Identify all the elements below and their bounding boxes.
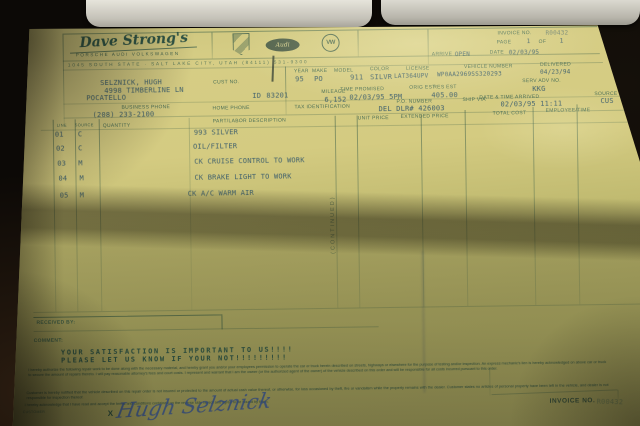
line-item-source: M — [80, 191, 85, 199]
color-label: COLOR — [370, 66, 389, 72]
delivered-label: DELIVERED — [540, 61, 571, 67]
tax-id-label: TAX IDENTIFICATION — [294, 104, 350, 111]
form-line — [427, 29, 428, 64]
total-cost-col-header: TOTAL COST — [493, 110, 527, 116]
page-label: PAGE — [497, 39, 512, 45]
vehicle-number-value: WP0AA2969SS320293 — [437, 70, 502, 78]
description-col-header: PART/LABOR DESCRIPTION — [213, 117, 286, 124]
page-value: 1 — [527, 38, 531, 45]
line-item-source: M — [78, 159, 83, 167]
employee-time-col-header: EMPLOYEE/TIME — [546, 107, 591, 114]
invoice-no-value-bottom: R00432 — [597, 398, 624, 407]
line-item-source: C — [78, 144, 83, 152]
form-line — [533, 107, 537, 305]
orig-est-label: ORIG EST — [409, 84, 435, 90]
line-item-number: 03 — [57, 160, 66, 168]
form-line — [189, 118, 193, 310]
couch-cushion-left — [86, 0, 372, 27]
comment-label: COMMENT: — [34, 338, 63, 344]
signature-x-label: X — [108, 409, 113, 418]
model-value: 911 — [350, 73, 363, 81]
customer-signature-label: CUSTOMER — [23, 410, 45, 414]
year-label: YEAR — [294, 68, 309, 74]
line-item-source: M — [79, 174, 84, 182]
line-item-number: 04 — [58, 175, 67, 183]
line-item-description: 993 SILVER — [194, 128, 238, 137]
unit-price-col-header: UNIT PRICE — [358, 115, 389, 121]
photo-scene: Dave Strong's PORSCHE AUDI VOLKSWAGEN Au… — [0, 0, 640, 426]
vehicle-number-label: VEHICLE NUMBER — [464, 63, 513, 70]
make-label: MAKE — [312, 68, 327, 74]
received-by-label: RECEIVED BY: — [36, 319, 75, 326]
legal-paragraph-2: Customer is hereby notified that the veh… — [26, 383, 608, 401]
line-item-description: CK CRUISE CONTROL TO WORK — [194, 156, 304, 166]
form-line — [577, 104, 581, 304]
invoice-no-label-bottom: INVOICE NO. — [550, 397, 596, 405]
line-item-source: C — [78, 130, 83, 138]
line-item-description: CK BRAKE LIGHT TO WORK — [194, 172, 291, 181]
audi-oval-icon: Audi — [266, 38, 300, 51]
couch-cushion-right — [381, 0, 640, 25]
quantity-col-header: QUANTITY — [103, 123, 131, 129]
form-line — [465, 110, 469, 306]
customer-state: ID — [252, 92, 261, 100]
vw-roundel-icon: VW — [321, 34, 339, 52]
make-value: PO — [314, 75, 323, 83]
invoice-no-value-top: R00432 — [545, 30, 568, 37]
serv-adv-label: SERV ADV NO. — [522, 78, 561, 85]
page-of-value: 1 — [560, 38, 564, 45]
extended-price-col-header: EXTENDED PRICE — [401, 113, 449, 120]
form-line — [99, 119, 103, 311]
of-label: OF — [539, 39, 547, 45]
time-promised-label: TIME PROMISED — [340, 86, 384, 93]
line-item-number: 05 — [60, 192, 69, 200]
pen-stroke-mark — [271, 56, 274, 82]
source-col-header: SOURCE — [75, 122, 94, 127]
delivered-value: 04/23/94 — [540, 69, 571, 76]
form-line — [62, 35, 64, 125]
line-item-number: 02 — [56, 145, 65, 153]
license-label: LICENSE — [406, 65, 430, 71]
invoice-content: Dave Strong's PORSCHE AUDI VOLKSWAGEN Au… — [0, 0, 640, 426]
year-value: 95 — [295, 75, 304, 83]
color-value: SILVR — [370, 73, 392, 81]
invoice-no-label-top: INVOICE NO. — [497, 30, 531, 36]
serv-adv-value: KKG — [532, 85, 545, 93]
line-col-header: LINE — [57, 123, 67, 128]
dealer-logo-subtitle: PORSCHE AUDI VOLKSWAGEN — [76, 51, 180, 57]
res-est-label: RES EST — [433, 84, 457, 90]
customer-city: POCATELLO — [86, 94, 126, 103]
form-line — [357, 115, 361, 307]
cust-no-label: CUST NO. — [213, 79, 239, 85]
form-line — [357, 30, 358, 56]
license-value: LAT364UPV — [394, 72, 428, 79]
form-line — [489, 368, 490, 396]
home-phone-label: HOME PHONE — [212, 105, 249, 112]
invoice-paper: Dave Strong's PORSCHE AUDI VOLKSWAGEN Au… — [0, 0, 640, 426]
line-item-number: 01 — [55, 131, 64, 139]
form-line — [335, 116, 339, 308]
form-line — [211, 32, 212, 58]
porsche-crest-icon — [232, 33, 249, 55]
line-item-description: CK A/C WARM AIR — [188, 189, 254, 198]
line-item-description: OIL/FILTER — [193, 142, 237, 151]
source-value: CUS — [600, 97, 613, 105]
